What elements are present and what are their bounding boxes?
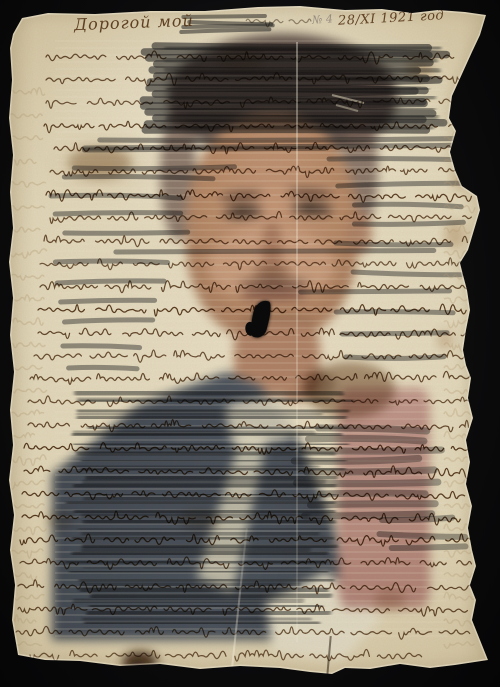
pencil-annotation: № 4 bbox=[312, 12, 334, 26]
letter-page: Дорогой мой № 4 28/XI 1921 год bbox=[0, 0, 500, 687]
ink-and-charcoal-layer bbox=[0, 0, 500, 687]
vertical-crease bbox=[296, 42, 298, 642]
paper-grain-texture bbox=[0, 0, 500, 687]
photo-backdrop: Дорогой мой № 4 28/XI 1921 год bbox=[0, 0, 500, 687]
